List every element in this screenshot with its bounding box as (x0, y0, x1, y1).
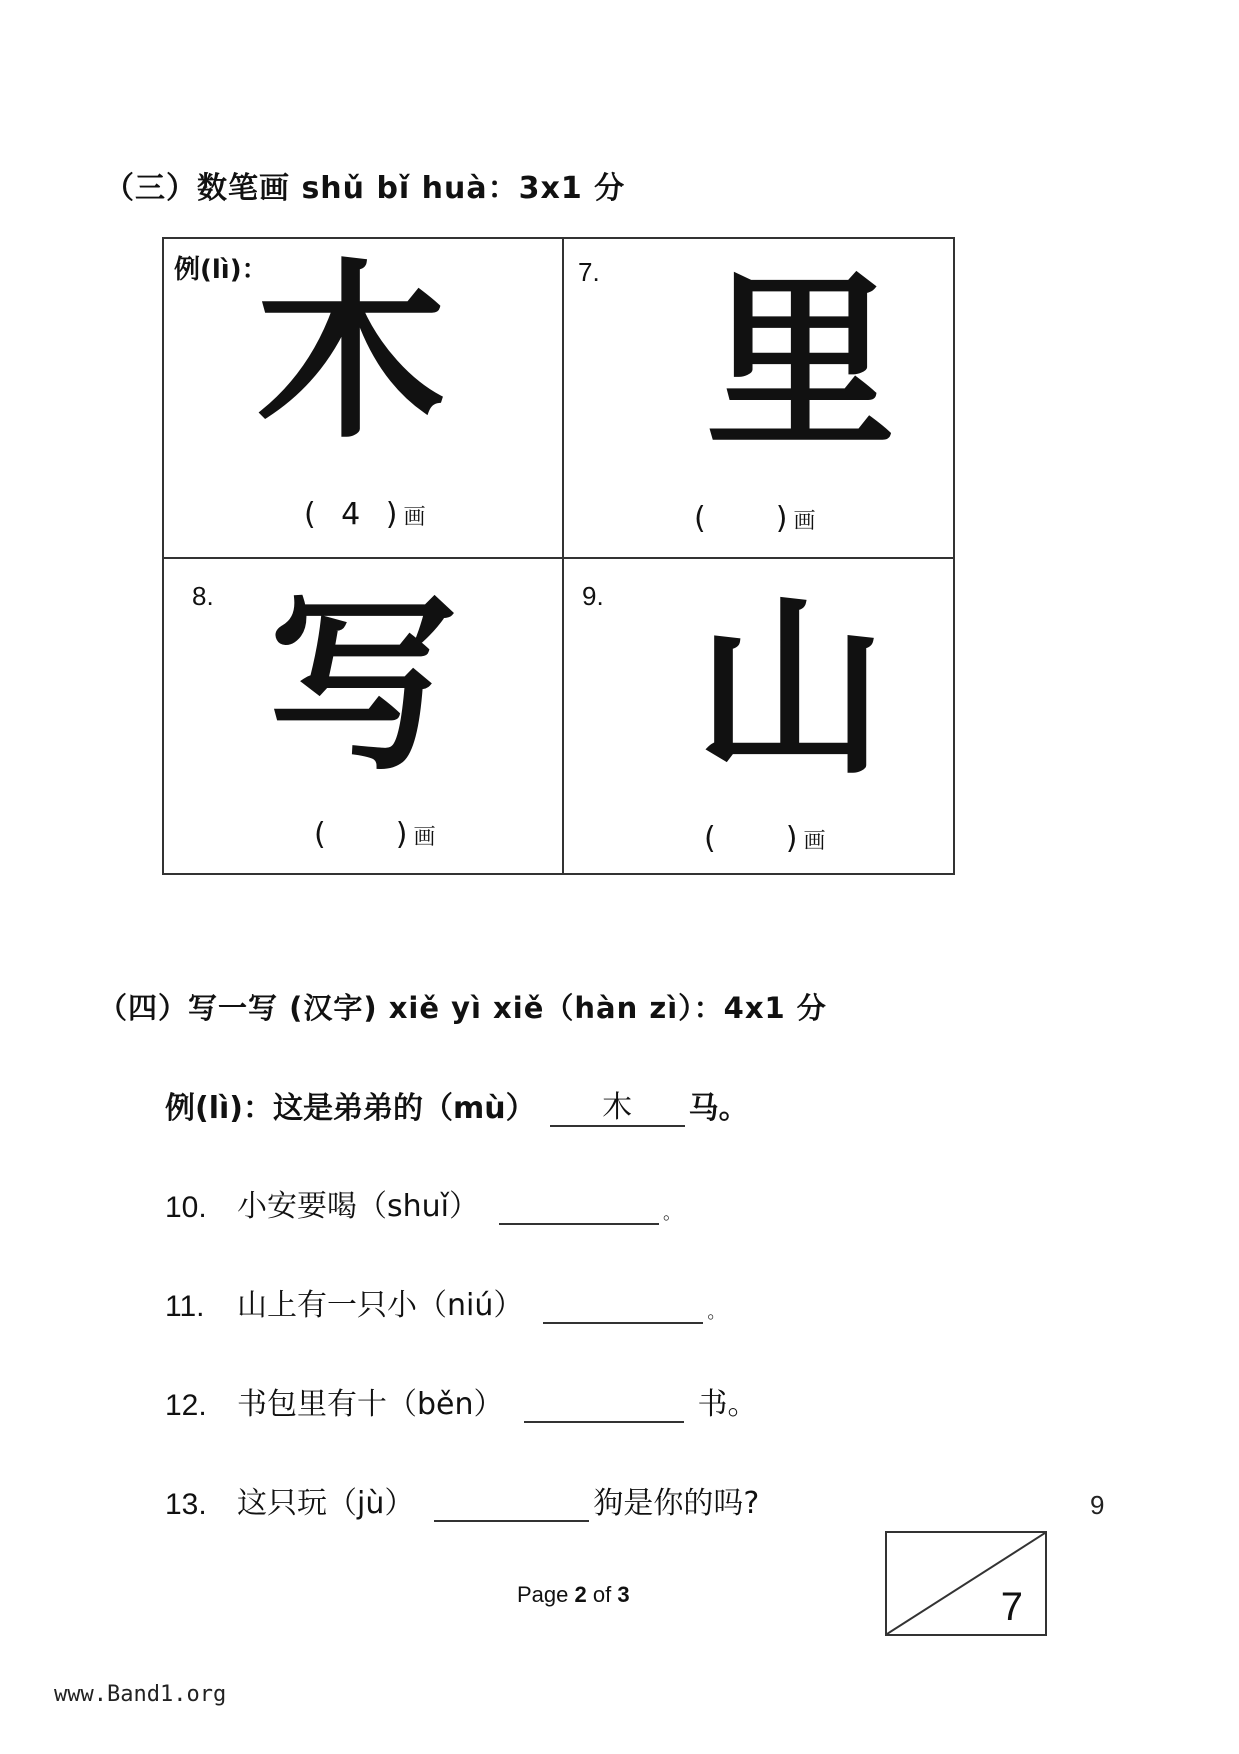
example-prefix: 例(lì)：这是弟弟的（mù） (165, 1083, 536, 1127)
example-suffix: 马。 (689, 1083, 749, 1127)
grid-cell-q8: 8. 写 ()画 (164, 559, 562, 877)
stroke-answer: (4)画 (304, 497, 425, 532)
stroke-answer: ()画 (694, 501, 815, 536)
question-number: 13. (165, 1488, 237, 1522)
question-character: 山 (594, 595, 987, 785)
watermark: www.Band1.org (54, 1682, 226, 1707)
question-prefix: 书包里有十（běn） (237, 1379, 504, 1423)
stroke-answer: ()画 (704, 821, 825, 856)
grid-cell-q9: 9. 山 ()画 (564, 559, 957, 877)
section3-title: （三）数笔画 shǔ bǐ huà：3x1 分 (104, 163, 625, 207)
stroke-count-grid: 例(lì)： 木 (4)画 7. 里 ()画 8. 写 ()画 9. 山 ()画 (162, 237, 955, 875)
question-12: 12. 书包里有十（běn） 书。 (165, 1379, 758, 1423)
page-number: Page 2 of 3 (517, 1582, 630, 1608)
question-suffix: 书。 (698, 1379, 758, 1423)
question-prefix: 山上有一只小（niú） (237, 1280, 523, 1324)
question-prefix: 这只玩（jù） (237, 1478, 414, 1522)
question-10: 10. 小安要喝（shuǐ） 。 (165, 1181, 681, 1225)
grid-cell-example: 例(lì)： 木 (4)画 (164, 239, 562, 557)
answer-blank-11[interactable] (543, 1290, 703, 1324)
section4-title: （四）写一写 (汉字) xiě yì xiě（hàn zì）：4x1 分 (98, 986, 827, 1027)
score-total: 7 (1001, 1585, 1023, 1630)
question-prefix: 小安要喝（shuǐ） (237, 1181, 479, 1225)
question-13: 13. 这只玩（jù） 狗是你的吗? (165, 1478, 759, 1522)
question-number: 12. (165, 1389, 237, 1423)
example-answer: 木 (550, 1093, 685, 1127)
grid-cell-q7: 7. 里 ()画 (564, 239, 957, 557)
stroke-suffix: 画 (803, 829, 825, 854)
stroke-answer-value: 4 (316, 497, 386, 532)
stroke-suffix: 画 (793, 509, 815, 534)
stroke-suffix: 画 (403, 505, 425, 530)
section4-example: 例(lì)：这是弟弟的（mù） 木 马。 (165, 1083, 749, 1127)
question-suffix: 。 (707, 1298, 725, 1324)
handwritten-note: 9 (1090, 1490, 1104, 1521)
answer-blank-12[interactable] (524, 1389, 684, 1423)
score-box: 7 (885, 1531, 1047, 1636)
question-character: 写 (164, 591, 562, 781)
stroke-answer: ()画 (314, 817, 435, 852)
question-number: 11. (165, 1290, 237, 1324)
answer-blank-13[interactable] (434, 1488, 589, 1522)
stroke-suffix: 画 (413, 825, 435, 850)
question-suffix: 狗是你的吗? (593, 1478, 759, 1522)
question-11: 11. 山上有一只小（niú） 。 (165, 1280, 725, 1324)
question-character: 里 (604, 269, 997, 459)
answer-blank-10[interactable] (499, 1191, 659, 1225)
question-suffix: 。 (663, 1199, 681, 1225)
example-character: 木 (152, 259, 550, 449)
question-number: 10. (165, 1191, 237, 1225)
question-number: 7. (578, 257, 600, 288)
